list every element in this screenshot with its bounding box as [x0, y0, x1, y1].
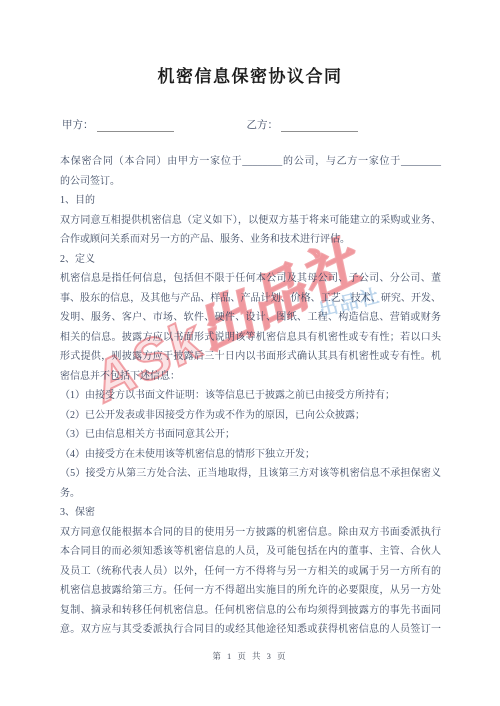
contract-body: 本保密合同（本合同）由甲方一家位于________的公司，与乙方一家位于____… [60, 152, 441, 640]
body-line: （2）已公开发表或非因接受方作为或不作为的原因，已向公众披露； [60, 406, 441, 426]
body-line: 机密信息是指任何信息，包括但不限于任何本公司及其母公司、子公司、分公司、董 [60, 269, 441, 289]
body-line: 事、股东的信息，及其他与产品、样品、产品计划、价格、工艺、技术、研究、开发、 [60, 289, 441, 309]
body-line: 本合同目的而必须知悉该等机密信息的人员，及可能包括在内的董事、主管、合伙人 [60, 542, 441, 562]
body-line: 合作或顾问关系而对另一方的产品、服务、业务和技术进行评估。 [60, 230, 441, 250]
body-line: 3、保密 [60, 503, 441, 523]
body-line: 形式提供，则披露方应于披露后三十日内以书面形式确认其具有机密性或专有性。机 [60, 347, 441, 367]
body-line: （4）由接受方在未使用该等机密信息的情形下独立开发； [60, 445, 441, 465]
body-line: （3）已由信息相关方书面同意其公开； [60, 425, 441, 445]
party-b-label: 乙方： [247, 117, 279, 132]
party-b-blank [281, 120, 358, 132]
party-row: 甲方： 乙方： [62, 117, 442, 132]
body-line: 双方同意仅能根据本合同的目的使用另一方披露的机密信息。除由双方书面委派执行 [60, 523, 441, 543]
body-line: 双方同意互相提供机密信息（定义如下），以便双方基于将来可能建立的采购或业务、 [60, 211, 441, 231]
body-line: （1）由接受方以书面文件证明：该等信息已于披露之前已由接受方所持有； [60, 386, 441, 406]
body-line: 务。 [60, 484, 441, 504]
body-line: （5）接受方从第三方处合法、正当地取得，且该第三方对该等机密信息不承担保密义 [60, 464, 441, 484]
document-title: 机密信息保密协议合同 [0, 62, 500, 87]
body-line: 2、定义 [60, 250, 441, 270]
body-line: 机密信息披露给第三方。任何一方不得超出实施目的所允许的必要限度，从另一方处 [60, 581, 441, 601]
page-number: 第 1 页 共 3 页 [0, 650, 500, 662]
body-line: 及员工（统称代表人员）以外，任何一方不得将与另一方相关的或属于另一方所有的 [60, 562, 441, 582]
body-line: 密信息并不包括下述信息： [60, 367, 441, 387]
body-line: 意。双方应与其受委派执行合同目的或经其他途径知悉或获得机密信息的人员签订一 [60, 620, 441, 640]
body-line: 1、目的 [60, 191, 441, 211]
body-line: 发明、服务、客户、市场、软件、硬件、设计、图纸、工程、构造信息、营销或财务 [60, 308, 441, 328]
body-line: 本保密合同（本合同）由甲方一家位于________的公司，与乙方一家位于____… [60, 152, 441, 172]
party-a-label: 甲方： [62, 117, 94, 132]
body-line: 相关的信息。披露方应以书面形式说明该等机密信息具有机密性或专有性；若以口头 [60, 328, 441, 348]
party-a-blank [97, 120, 174, 132]
body-line: 复制、摘录和转移任何机密信息。任何机密信息的公布均须得到披露方的事先书面同 [60, 601, 441, 621]
document-page: ASk出品社 出品社 机密信息保密协议合同 甲方： 乙方： 本保密合同（本合同）… [0, 0, 500, 706]
body-line: 的公司签订。 [60, 172, 441, 192]
